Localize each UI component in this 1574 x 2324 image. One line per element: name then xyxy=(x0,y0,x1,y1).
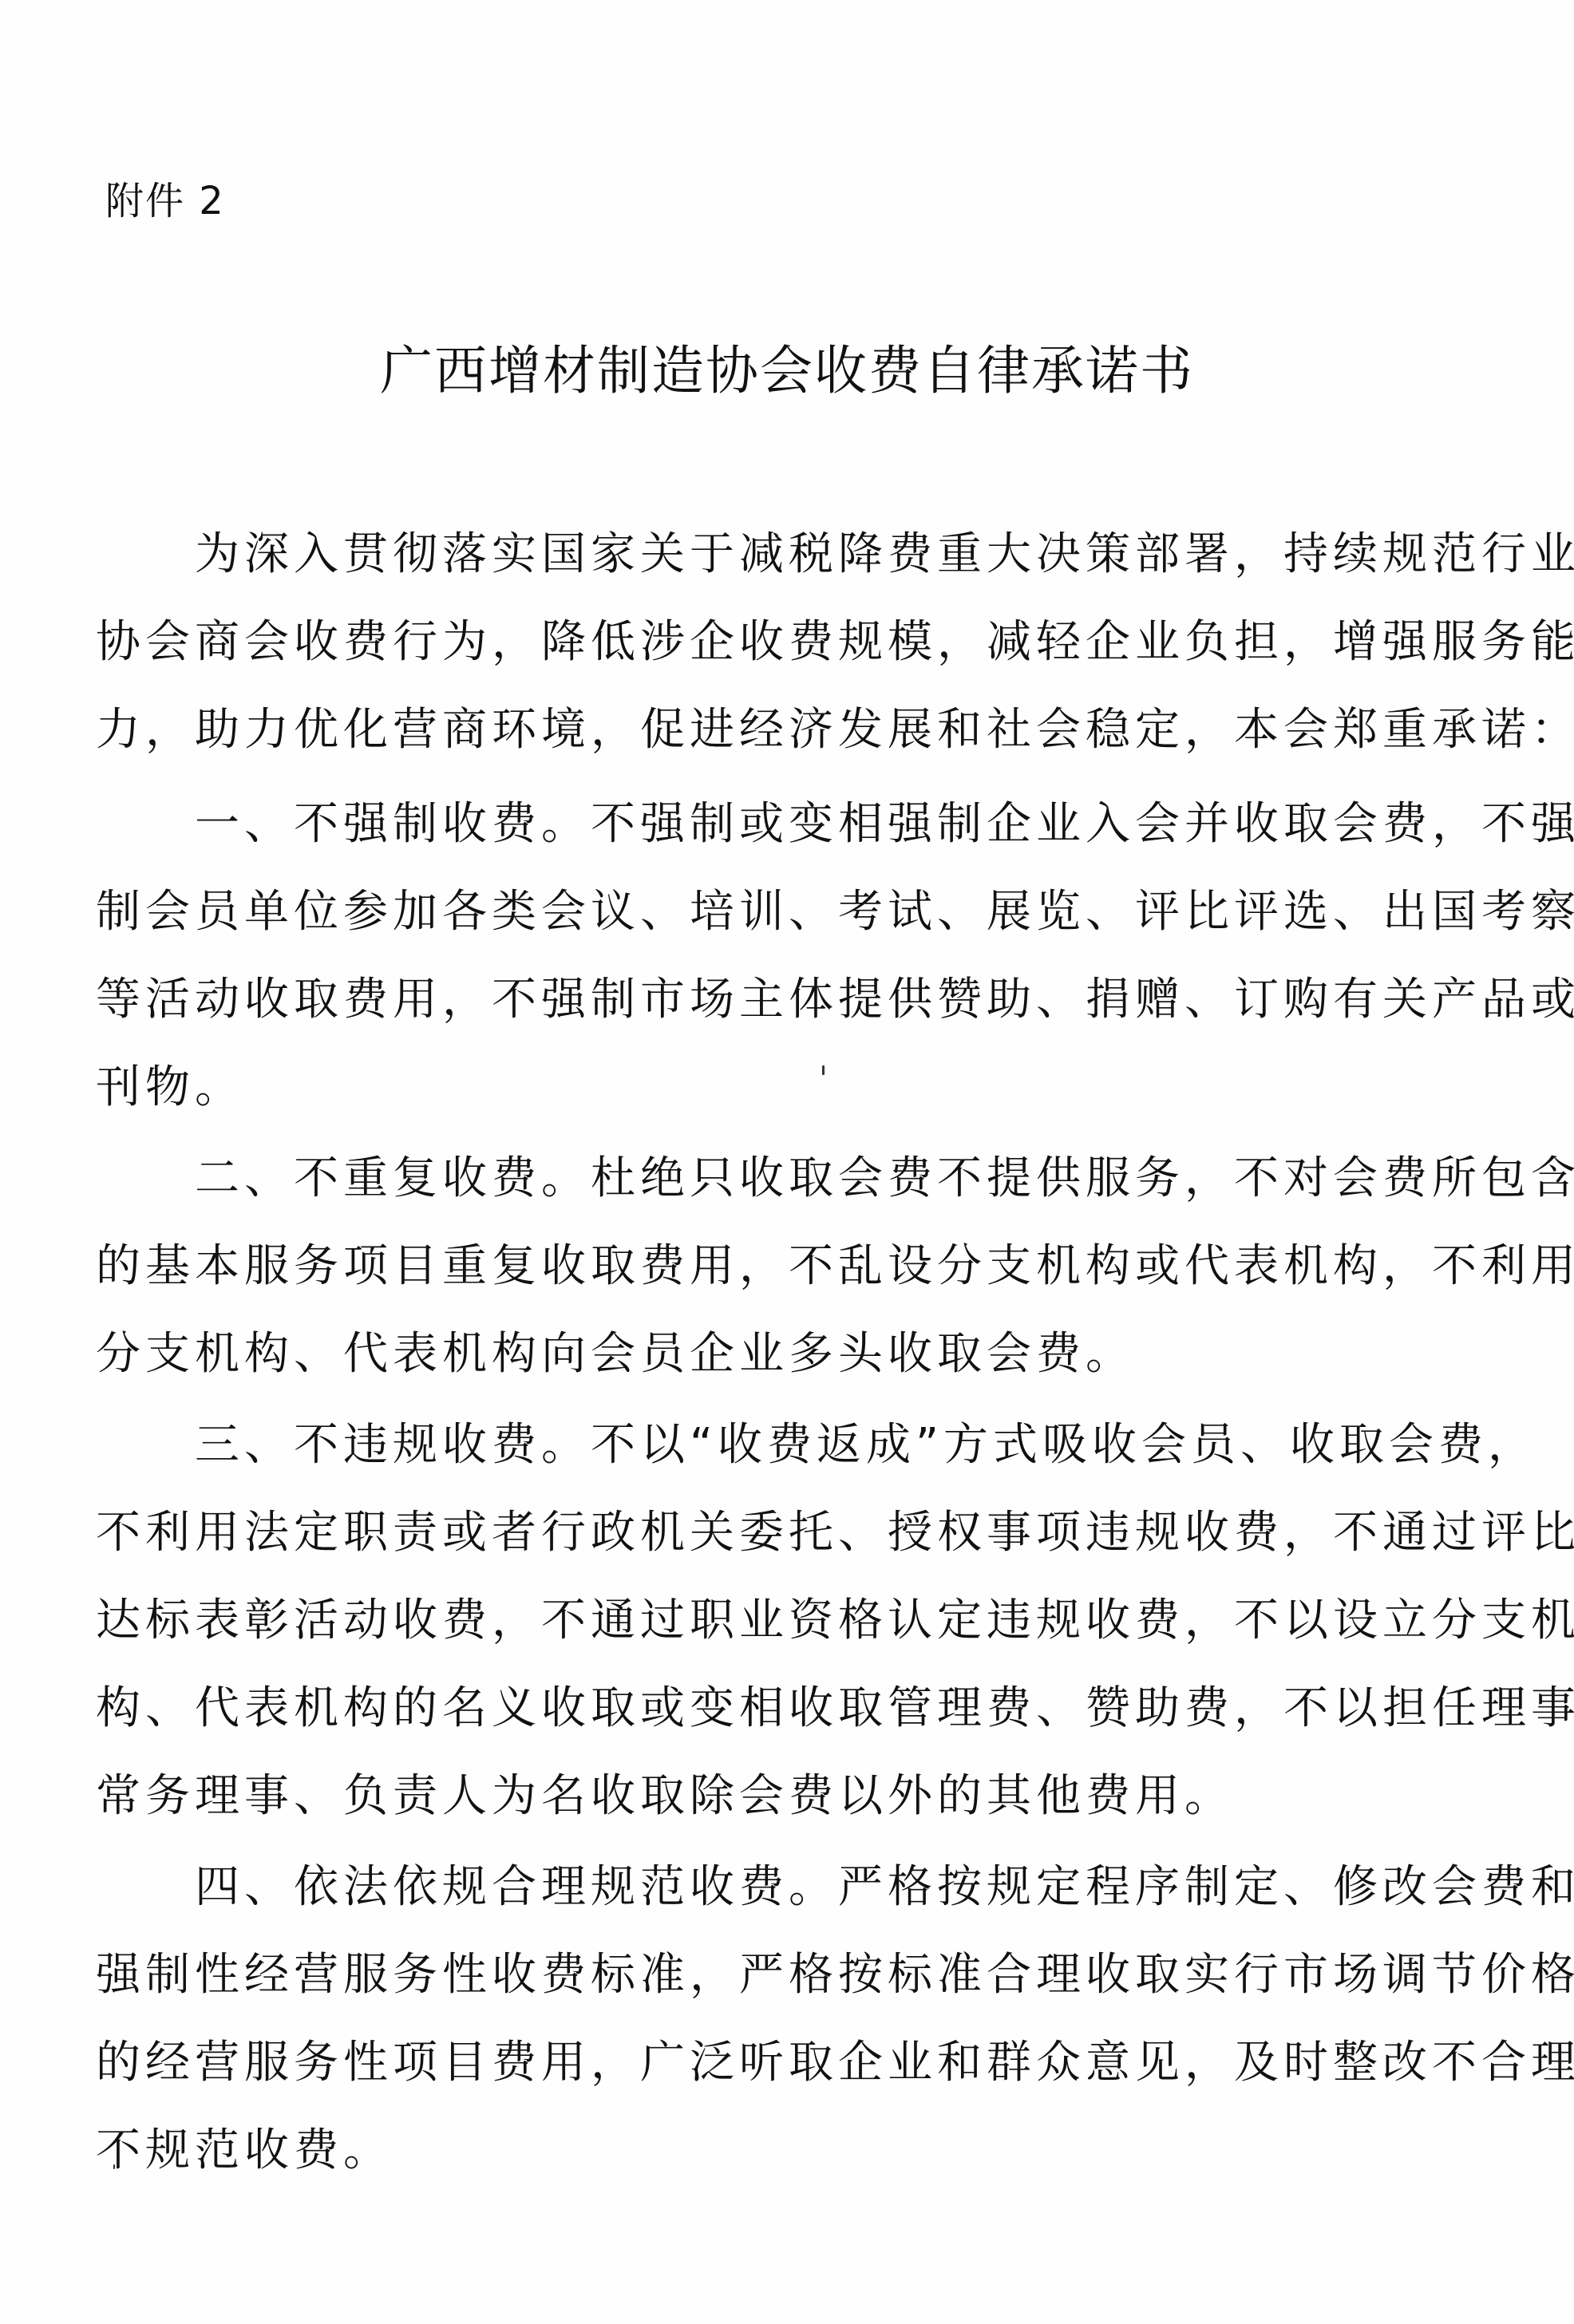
text-line: 二、不重复收费。杜绝只收取会费不提供服务，不对会费所包含 xyxy=(96,1135,1485,1223)
scan-speck xyxy=(822,1065,825,1075)
scan-speck xyxy=(113,2164,115,2169)
text-line: 不规范收费。 xyxy=(96,2107,1485,2195)
document-body: 为深入贯彻落实国家关于减税降费重大决策部署，持续规范行业 协会商会收费行为，降低… xyxy=(96,511,1485,2195)
text-line: 达标表彰活动收费，不通过职业资格认定违规收费，不以设立分支机 xyxy=(96,1577,1485,1665)
paragraph-item-2: 二、不重复收费。杜绝只收取会费不提供服务，不对会费所包含 的基本服务项目重复收取… xyxy=(96,1135,1485,1398)
text-line: 协会商会收费行为，降低涉企收费规模，减轻企业负担，增强服务能 xyxy=(96,599,1485,686)
attachment-label: 附件 2 xyxy=(105,177,225,225)
text-line: 分支机构、代表机构向会员企业多头收取会费。 xyxy=(96,1310,1485,1398)
text-line: 常务理事、负责人为名收取除会费以外的其他费用。 xyxy=(96,1753,1485,1840)
text-line: 制会员单位参加各类会议、培训、考试、展览、评比评选、出国考察 xyxy=(96,868,1485,956)
text-line: 等活动收取费用，不强制市场主体提供赞助、捐赠、订购有关产品或 xyxy=(96,956,1485,1044)
text-line: 强制性经营服务性收费标准，严格按标准合理收取实行市场调节价格 xyxy=(96,1931,1485,2019)
text-line: 不利用法定职责或者行政机关委托、授权事项违规收费，不通过评比 xyxy=(96,1489,1485,1577)
paragraph-item-4: 四、依法依规合理规范收费。严格按规定程序制定、修改会费和 强制性经营服务性收费标… xyxy=(96,1844,1485,2195)
text-line: 为深入贯彻落实国家关于减税降费重大决策部署，持续规范行业 xyxy=(96,511,1485,599)
text-line: 的基本服务项目重复收取费用，不乱设分支机构或代表机构，不利用 xyxy=(96,1223,1485,1310)
text-line: 构、代表机构的名义收取或变相收取管理费、赞助费，不以担任理事、 xyxy=(96,1665,1485,1753)
text-line: 力，助力优化营商环境，促进经济发展和社会稳定，本会郑重承诺： xyxy=(96,686,1485,774)
text-line: 四、依法依规合理规范收费。严格按规定程序制定、修改会费和 xyxy=(96,1844,1485,1931)
paragraph-item-1: 一、不强制收费。不强制或变相强制企业入会并收取会费，不强 制会员单位参加各类会议… xyxy=(96,781,1485,1132)
paragraph-preamble: 为深入贯彻落实国家关于减税降费重大决策部署，持续规范行业 协会商会收费行为，降低… xyxy=(96,511,1485,774)
text-line: 一、不强制收费。不强制或变相强制企业入会并收取会费，不强 xyxy=(96,781,1485,868)
text-line: 的经营服务性项目费用，广泛听取企业和群众意见，及时整改不合理、 xyxy=(96,2019,1485,2107)
text-line: 刊物。 xyxy=(96,1044,1485,1132)
paragraph-item-3: 三、不违规收费。不以“收费返成”方式吸收会员、收取会费， 不利用法定职责或者行政… xyxy=(96,1401,1485,1840)
document-title: 广西增材制造协会收费自律承诺书 xyxy=(0,335,1574,407)
document-page: 附件 2 广西增材制造协会收费自律承诺书 为深入贯彻落实国家关于减税降费重大决策… xyxy=(0,0,1574,2324)
text-line: 三、不违规收费。不以“收费返成”方式吸收会员、收取会费， xyxy=(96,1401,1485,1489)
